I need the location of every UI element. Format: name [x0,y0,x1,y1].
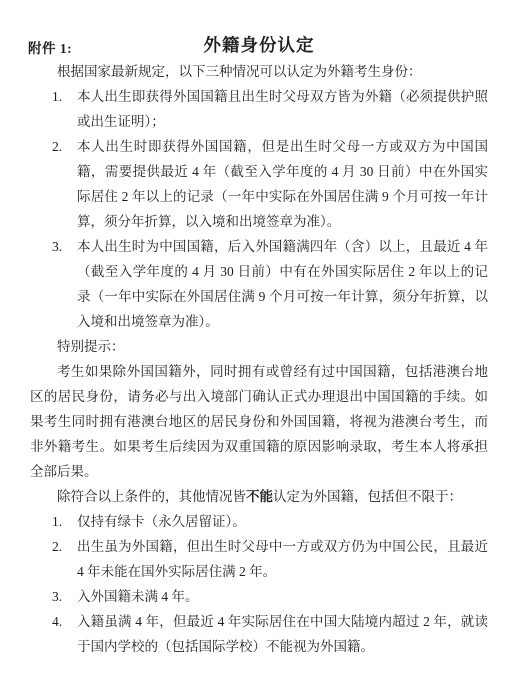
list-item-text: 本人出生时为中国国籍，后入外国籍满四年（含）以上，且最近 4 年（截至入学年度的… [77,234,488,334]
list-item-text: 本人出生时即获得外国国籍，但是出生时父母一方或双方为中国国籍，需要提供最近 4 … [77,134,488,234]
qualify-list-item-2: 2. 本人出生时即获得外国国籍，但是出生时父母一方或双方为中国国籍，需要提供最近… [30,134,488,234]
exclusion-intro-bold-emphasis: 不能 [246,489,273,504]
qualify-list-item-3: 3. 本人出生时为中国国籍，后入外国籍满四年（含）以上，且最近 4 年（截至入学… [30,234,488,334]
exclusion-list-item-1: 1. 仅持有绿卡（永久居留证）。 [30,509,488,534]
list-item-number: 1. [52,84,77,134]
qualify-list: 1. 本人出生即获得外国国籍且出生时父母双方皆为外籍（必须提供护照或出生证明）；… [30,84,488,334]
intro-paragraph: 根据国家最新规定，以下三种情况可以认定为外籍考生身份： [30,59,488,84]
exclusion-list-item-4: 4. 入籍虽满 4 年，但最近 4 年实际居住在中国大陆境内超过 2 年，就读于… [30,609,488,659]
list-item-number: 3. [52,234,77,334]
exclusion-list: 1. 仅持有绿卡（永久居留证）。 2. 出生虽为外国籍，但出生时父母中一方或双方… [30,509,488,659]
document-header: 附件 1: 外籍身份认定 [30,0,488,59]
list-item-number: 3. [52,584,77,609]
exclusion-intro-post: 认定为外国籍，包括但不限于： [273,489,462,504]
list-item-number: 2. [52,134,77,234]
qualify-list-item-1: 1. 本人出生即获得外国国籍且出生时父母双方皆为外籍（必须提供护照或出生证明）； [30,84,488,134]
special-note-heading: 特别提示： [30,334,488,359]
attachment-label: 附件 1: [28,37,72,57]
special-note-paragraph: 考生如果除外国国籍外，同时拥有或曾经有过中国国籍，包括港澳台地区的居民身份，请务… [30,359,488,484]
list-item-number: 2. [52,534,77,584]
page-title: 外籍身份认定 [30,33,488,57]
list-item-text: 入籍虽满 4 年，但最近 4 年实际居住在中国大陆境内超过 2 年，就读于国内学… [77,609,488,659]
list-item-text: 入外国籍未满 4 年。 [77,584,488,609]
exclusion-list-item-3: 3. 入外国籍未满 4 年。 [30,584,488,609]
exclusion-intro-paragraph: 除符合以上条件的，其他情况皆不能认定为外国籍，包括但不限于： [30,484,488,509]
document-body: 根据国家最新规定，以下三种情况可以认定为外籍考生身份： 1. 本人出生即获得外国… [30,59,488,659]
list-item-number: 4. [52,609,77,659]
document-page: 附件 1: 外籍身份认定 根据国家最新规定，以下三种情况可以认定为外籍考生身份：… [0,0,520,678]
exclusion-intro-pre: 除符合以上条件的，其他情况皆 [57,489,246,504]
list-item-text: 仅持有绿卡（永久居留证）。 [77,509,488,534]
list-item-number: 1. [52,509,77,534]
exclusion-list-item-2: 2. 出生虽为外国籍，但出生时父母中一方或双方仍为中国公民，且最近 4 年未能在… [30,534,488,584]
list-item-text: 本人出生即获得外国国籍且出生时父母双方皆为外籍（必须提供护照或出生证明）； [77,84,488,134]
list-item-text: 出生虽为外国籍，但出生时父母中一方或双方仍为中国公民，且最近 4 年未能在国外实… [77,534,488,584]
